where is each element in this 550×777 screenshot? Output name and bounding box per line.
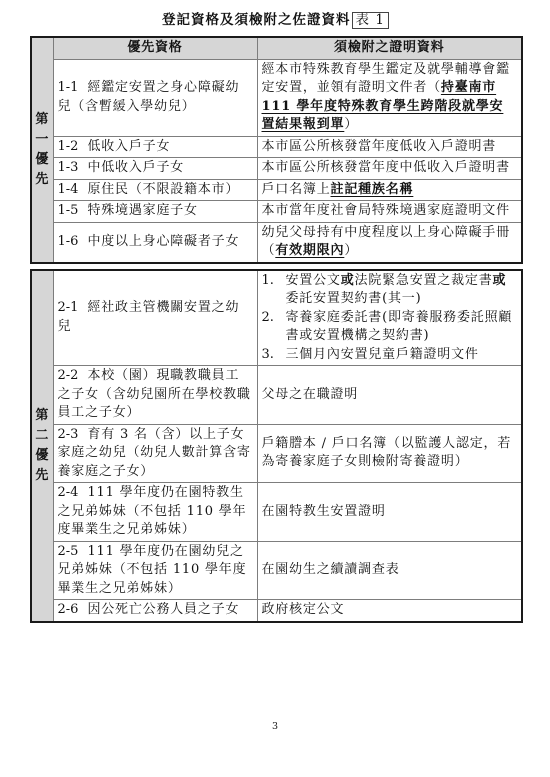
document-page: 登記資格及須檢附之佐證資料表 1 第一優先優先資格須檢附之證明資料1-1經鑑定安… [0, 0, 550, 777]
priority-table-2: 第二優先2-1經社政主管機關安置之幼兒1.安置公文或法院緊急安置之裁定書或委託安… [30, 269, 523, 623]
documents-list: 1.安置公文或法院緊急安置之裁定書或委託安置契約書(其一)2.寄養家庭委託書(即… [262, 272, 518, 365]
row-number: 2-2 [58, 368, 79, 383]
text-segment: 戶籍謄本 / 戶口名簿（以監護人認定，若為寄養家庭子女則檢附寄養證明） [262, 436, 512, 470]
list-item-text: 安置公文或法院緊急安置之裁定書或委託安置契約書(其一) [286, 272, 518, 309]
table-row-1-2: 1-2低收入戶子女本市區公所核發當年度低收入戶證明書 [31, 136, 522, 158]
table-row-2-4: 2-4111 學年度仍在園特教生之兄弟姊妹（不包括 110 學年度畢業生之兄弟姊… [31, 483, 522, 542]
row-number: 1-2 [58, 139, 79, 154]
emphasized-text: 或 [493, 273, 507, 288]
text-segment: 原住民（不限設籍本市） [87, 182, 239, 197]
text-segment: 在園幼生之續讀調查表 [262, 562, 400, 577]
table-row-1-4: 1-4原住民（不限設籍本市）戶口名簿上註記種族名稱 [31, 179, 522, 201]
text-segment: ） [344, 243, 358, 258]
text-segment: 中度以上身心障礙者子女 [87, 234, 239, 249]
text-segment: 本市當年度社會局特殊境遇家庭證明文件 [262, 203, 510, 218]
row-number: 1-3 [58, 160, 79, 175]
header-documents: 須檢附之證明資料 [257, 37, 522, 59]
priority-table-1: 第一優先優先資格須檢附之證明資料1-1經鑑定安置之身心障礙幼兒（含暫緩入學幼兒）… [30, 36, 523, 264]
label-char: 一 [35, 132, 49, 147]
vertical-label: 第一優先 [36, 112, 49, 187]
qualification-cell: 2-2本校（園）現職教職員工之子女（含幼兒園所在學校教職員工之子女） [53, 366, 257, 425]
priority-section-label: 第二優先 [31, 270, 53, 622]
text-segment: 政府核定公文 [262, 602, 345, 617]
documents-list-item: 3.三個月內安置兒童戶籍證明文件 [262, 346, 518, 365]
row-number: 2-5 [58, 544, 79, 559]
page-title: 登記資格及須檢附之佐證資料表 1 [30, 8, 521, 29]
qualification-cell: 2-3育有 3 名（含）以上子女家庭之幼兒（幼兒人數計算含寄養家庭之子女） [53, 424, 257, 483]
header-qualification: 優先資格 [53, 37, 257, 59]
label-char: 第 [35, 408, 49, 423]
text-segment: 法院緊急安置之裁定書 [355, 273, 493, 288]
emphasized-text: 或 [341, 273, 355, 288]
list-marker: 3. [262, 346, 286, 365]
qualification-cell: 1-3中低收入戶子女 [53, 158, 257, 180]
qualification-cell: 1-1經鑑定安置之身心障礙幼兒（含暫緩入學幼兒） [53, 59, 257, 136]
documents-cell: 戶籍謄本 / 戶口名簿（以監護人認定，若為寄養家庭子女則檢附寄養證明） [257, 424, 522, 483]
text-segment: 在園特教生安置證明 [262, 504, 386, 519]
qualification-cell: 2-5111 學年度仍在園幼兒之兄弟姊妹（不包括 110 學年度畢業生之兄弟姊妹… [53, 541, 257, 600]
row-number: 1-6 [58, 234, 79, 249]
documents-list-item: 1.安置公文或法院緊急安置之裁定書或委託安置契約書(其一) [262, 272, 518, 309]
text-segment: 經鑑定安置之身心障礙幼兒（含暫緩入學幼兒） [58, 80, 240, 114]
text-segment: 戶口名簿上 [262, 182, 331, 197]
text-segment: 育有 3 名（含）以上子女家庭之幼兒（幼兒人數計算含寄養家庭之子女） [58, 427, 251, 479]
table-row-1-3: 1-3中低收入戶子女本市區公所核發當年度中低收入戶證明書 [31, 158, 522, 180]
documents-cell: 戶口名簿上註記種族名稱 [257, 179, 522, 201]
documents-cell: 政府核定公文 [257, 600, 522, 622]
qualification-cell: 1-5特殊境遇家庭子女 [53, 201, 257, 223]
vertical-label: 第二優先 [36, 408, 49, 483]
qualification-cell: 1-6中度以上身心障礙者子女 [53, 222, 257, 263]
row-number: 2-3 [58, 427, 79, 442]
emphasized-text: 註記種族名稱 [331, 182, 414, 197]
documents-list-item: 2.寄養家庭委託書(即寄養服務委託照顧書或安置機構之契約書) [262, 309, 518, 346]
qualification-cell: 1-4原住民（不限設籍本市） [53, 179, 257, 201]
table-row-2-6: 2-6因公死亡公務人員之子女政府核定公文 [31, 600, 522, 622]
row-number: 1-4 [58, 182, 79, 197]
documents-cell: 1.安置公文或法院緊急安置之裁定書或委託安置契約書(其一)2.寄養家庭委託書(即… [257, 270, 522, 366]
text-segment: 中低收入戶子女 [87, 160, 184, 175]
table-row-2-1: 第二優先2-1經社政主管機關安置之幼兒1.安置公文或法院緊急安置之裁定書或委託安… [31, 270, 522, 366]
qualification-tables: 第一優先優先資格須檢附之證明資料1-1經鑑定安置之身心障礙幼兒（含暫緩入學幼兒）… [30, 36, 521, 623]
label-char: 優 [35, 448, 49, 463]
label-char: 優 [35, 152, 49, 167]
table-row-1-1: 1-1經鑑定安置之身心障礙幼兒（含暫緩入學幼兒）經本市特殊教育學生鑑定及就學輔導… [31, 59, 522, 136]
text-segment: 本市區公所核發當年度中低收入戶證明書 [262, 160, 510, 175]
text-segment: 特殊境遇家庭子女 [87, 203, 197, 218]
documents-cell: 經本市特殊教育學生鑑定及就學輔導會鑑定安置，並領有證明文件者（持臺南市 111 … [257, 59, 522, 136]
row-number: 2-6 [58, 602, 79, 617]
text-segment: 低收入戶子女 [87, 139, 170, 154]
title-text: 登記資格及須檢附之佐證資料 [162, 12, 351, 28]
text-segment: 本校（園）現職教職員工之子女（含幼兒園所在學校教職員工之子女） [58, 368, 251, 420]
text-segment: 三個月內安置兒童戶籍證明文件 [286, 347, 479, 362]
table-row-1-5: 1-5特殊境遇家庭子女本市當年度社會局特殊境遇家庭證明文件 [31, 201, 522, 223]
table-row-2-3: 2-3育有 3 名（含）以上子女家庭之幼兒（幼兒人數計算含寄養家庭之子女）戶籍謄… [31, 424, 522, 483]
table-row-1-6: 1-6中度以上身心障礙者子女幼兒父母持有中度程度以上身心障礙手冊（有效期限內） [31, 222, 522, 263]
qualification-cell: 1-2低收入戶子女 [53, 136, 257, 158]
list-item-text: 寄養家庭委託書(即寄養服務委託照顧書或安置機構之契約書) [286, 309, 518, 346]
priority-section-label: 第一優先 [31, 37, 53, 263]
list-marker: 2. [262, 309, 286, 346]
table-row-2-2: 2-2本校（園）現職教職員工之子女（含幼兒園所在學校教職員工之子女）父母之在職證… [31, 366, 522, 425]
text-segment: 本市區公所核發當年度低收入戶證明書 [262, 139, 497, 154]
documents-cell: 在園特教生安置證明 [257, 483, 522, 542]
text-segment: 寄養家庭委託書(即寄養服務委託照顧書或安置機構之契約書) [286, 310, 513, 344]
label-char: 第 [35, 112, 49, 127]
text-segment: 委託安置契約書(其一) [286, 291, 422, 306]
text-segment: 經社政主管機關安置之幼兒 [58, 300, 240, 334]
qualification-cell: 2-1經社政主管機關安置之幼兒 [53, 270, 257, 366]
title-table-number: 表 1 [352, 12, 389, 29]
table-row-2-5: 2-5111 學年度仍在園幼兒之兄弟姊妹（不包括 110 學年度畢業生之兄弟姊妹… [31, 541, 522, 600]
label-char: 二 [35, 428, 49, 443]
page-number: 3 [0, 721, 550, 732]
row-number: 2-1 [58, 300, 79, 315]
documents-cell: 本市區公所核發當年度低收入戶證明書 [257, 136, 522, 158]
qualification-cell: 2-6因公死亡公務人員之子女 [53, 600, 257, 622]
documents-cell: 本市當年度社會局特殊境遇家庭證明文件 [257, 201, 522, 223]
documents-cell: 父母之在職證明 [257, 366, 522, 425]
list-marker: 1. [262, 272, 286, 309]
row-number: 2-4 [58, 485, 79, 500]
label-char: 先 [35, 172, 49, 187]
row-number: 1-1 [58, 80, 79, 95]
text-segment: 父母之在職證明 [262, 387, 359, 402]
documents-cell: 在園幼生之續讀調查表 [257, 541, 522, 600]
list-item-text: 三個月內安置兒童戶籍證明文件 [286, 346, 518, 365]
documents-cell: 幼兒父母持有中度程度以上身心障礙手冊（有效期限內） [257, 222, 522, 263]
row-number: 1-5 [58, 203, 79, 218]
qualification-cell: 2-4111 學年度仍在園特教生之兄弟姊妹（不包括 110 學年度畢業生之兄弟姊… [53, 483, 257, 542]
emphasized-text: 有效期限內 [275, 243, 344, 258]
text-segment: 因公死亡公務人員之子女 [87, 602, 239, 617]
documents-cell: 本市區公所核發當年度中低收入戶證明書 [257, 158, 522, 180]
text-segment: ） [344, 117, 358, 132]
label-char: 先 [35, 468, 49, 483]
text-segment: 111 學年度仍在園特教生之兄弟姊妹（不包括 110 學年度畢業生之兄弟姊妹） [58, 485, 247, 537]
text-segment: 111 學年度仍在園幼兒之兄弟姊妹（不包括 110 學年度畢業生之兄弟姊妹） [58, 544, 247, 596]
text-segment: 安置公文 [286, 273, 341, 288]
